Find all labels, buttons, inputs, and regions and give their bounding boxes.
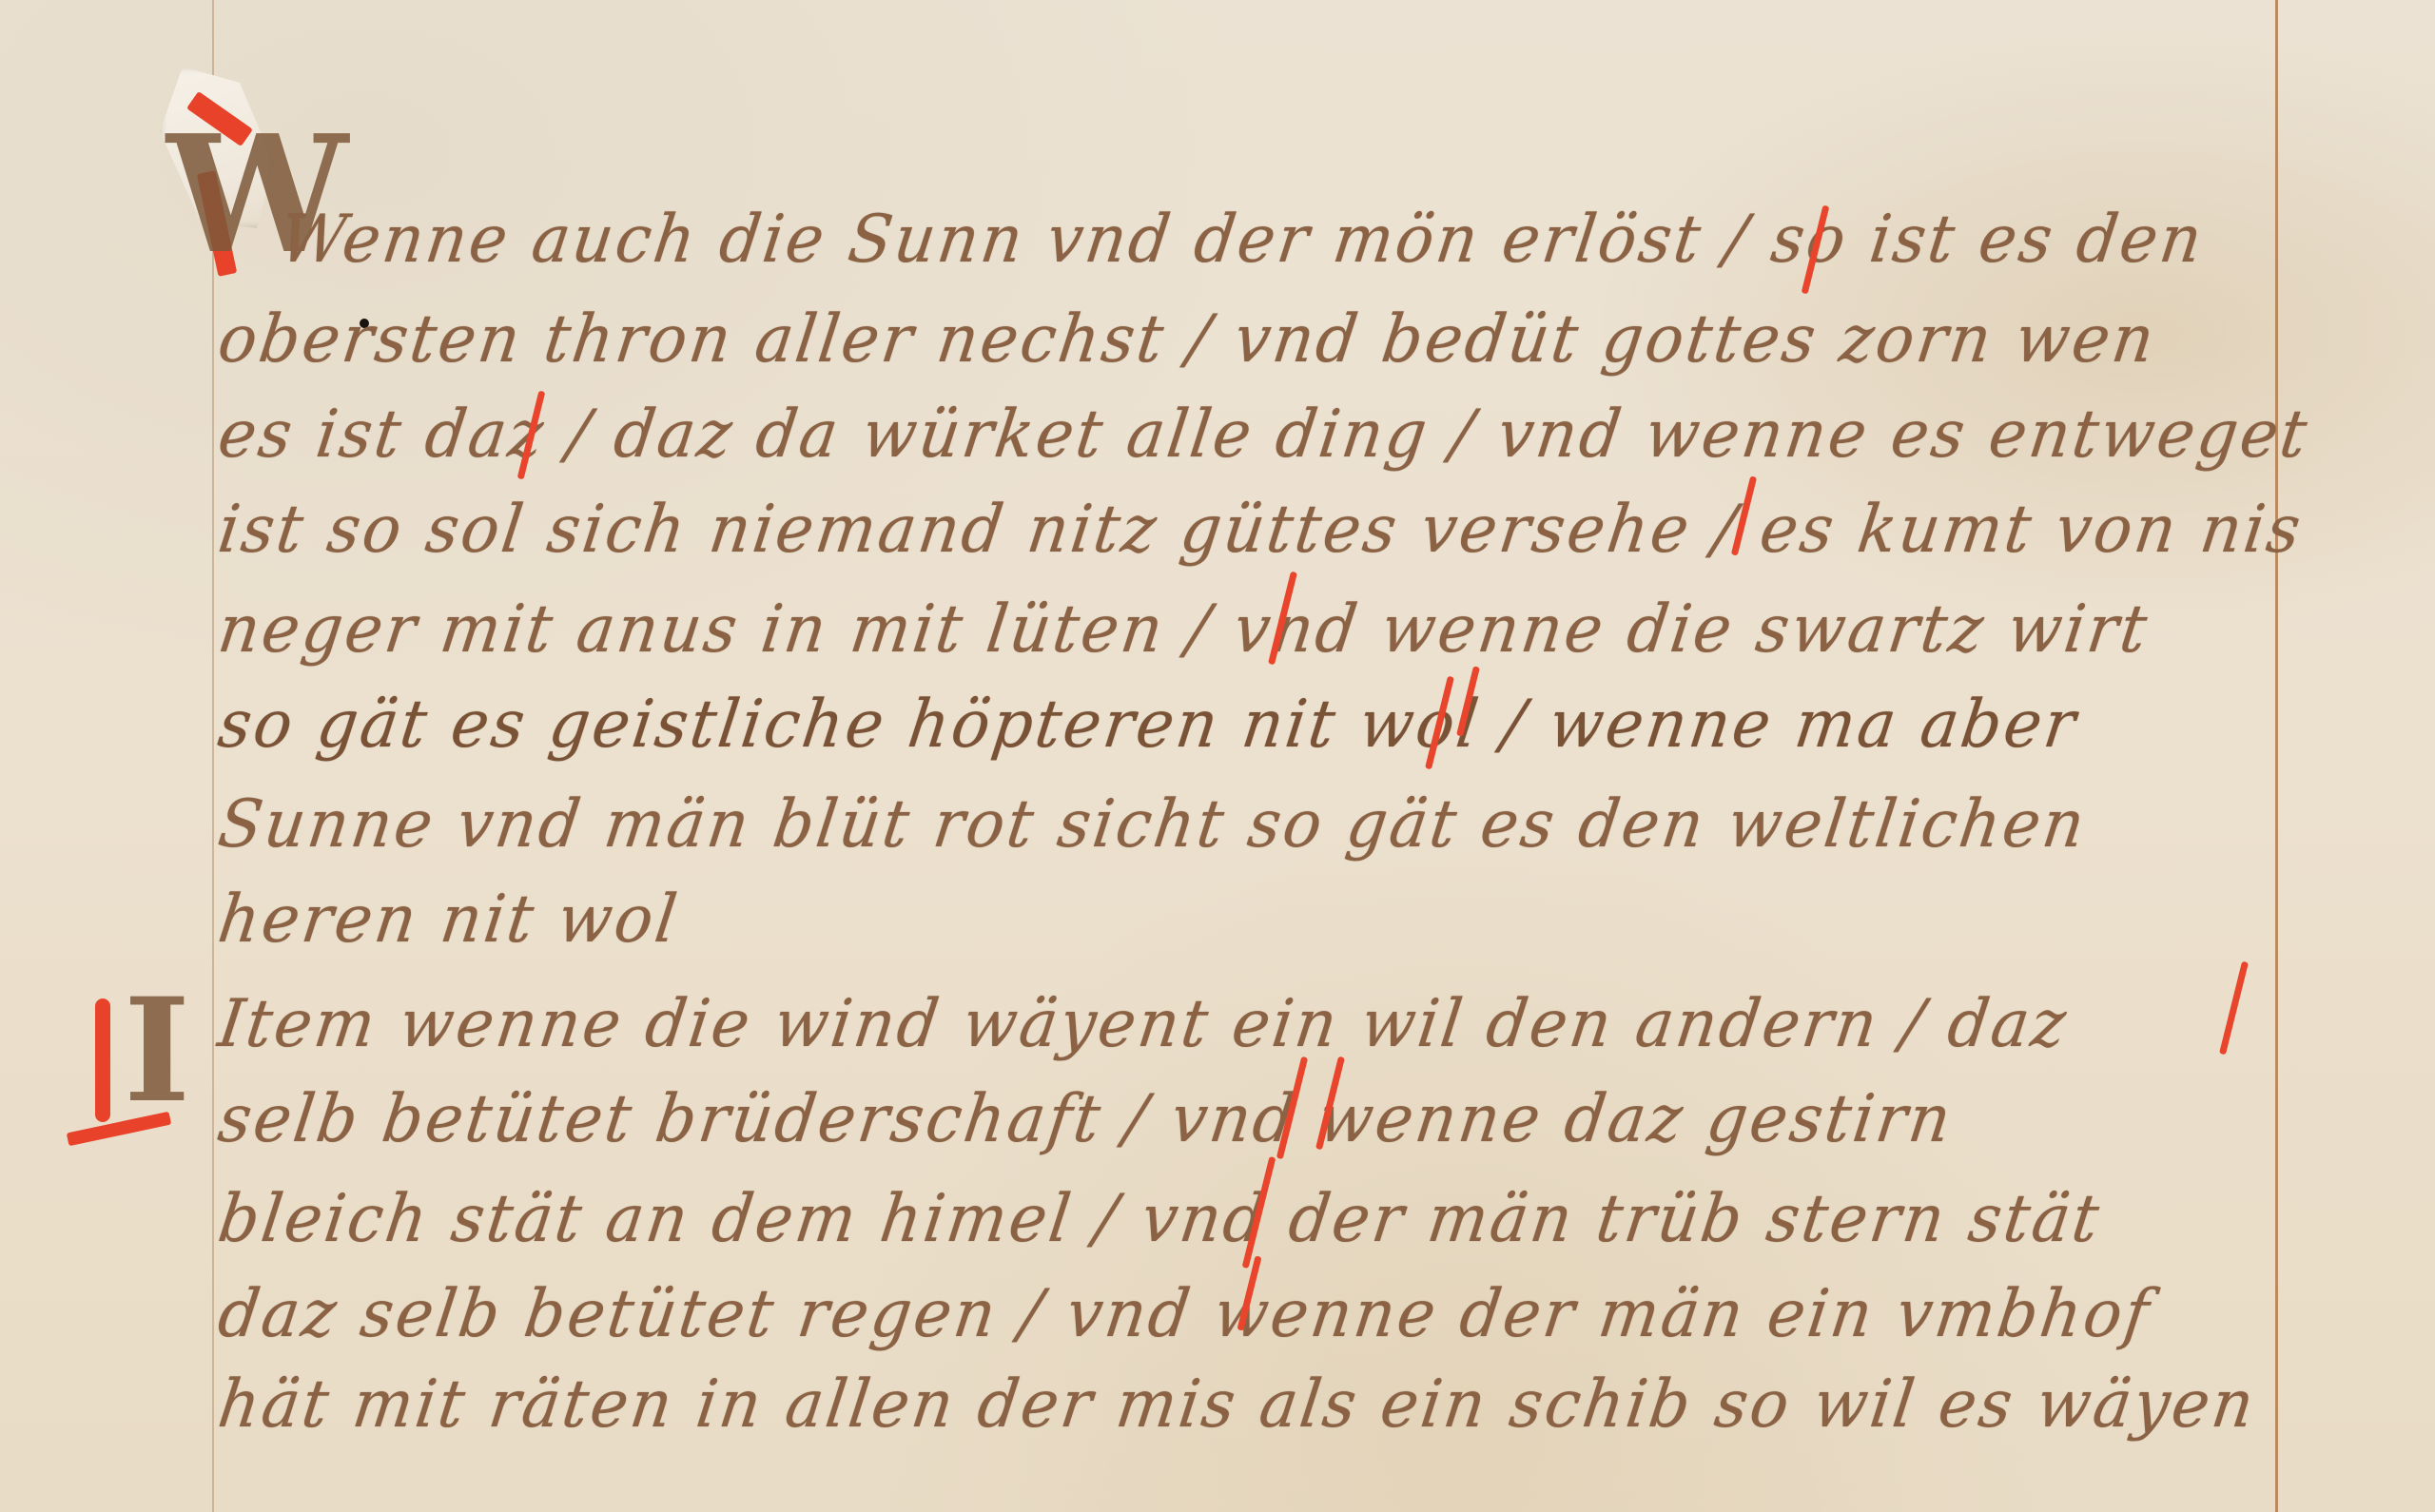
rubric-stroke xyxy=(95,998,110,1122)
text-line: Item wenne die wind wäyent ein wil den a… xyxy=(214,985,2073,1062)
manuscript-page: W Wenne auch die Sunn vnd der mön erlöst… xyxy=(0,0,2435,1512)
text-line: selb betütet brüderschaft / vnd wenne da… xyxy=(214,1080,1958,1157)
right-ruling-line xyxy=(2275,0,2278,1512)
text-line: hät mit räten in allen der mis als ein s… xyxy=(214,1366,2261,1443)
text-line: heren nit wol xyxy=(214,881,684,958)
text-line: neger mit anus in mit lüten / vnd wenne … xyxy=(214,591,2154,668)
initial-w: W xyxy=(162,76,266,285)
text-line: bleich stät an dem himel / vnd der män t… xyxy=(214,1180,2106,1257)
text-line: Sunne vnd män blüt rot sicht so gät es d… xyxy=(214,785,2092,863)
text-line: daz selb betütet regen / vnd wenne der m… xyxy=(214,1275,2156,1352)
text-line: so gät es geistliche höpteren nit wol / … xyxy=(214,686,2082,763)
initial-letter: I xyxy=(124,979,190,1122)
rubric-mark xyxy=(2219,961,2249,1056)
text-line: Wenne auch die Sunn vnd der mön erlöst /… xyxy=(276,201,2209,278)
text-line: ist so sol sich niemand nitz güttes vers… xyxy=(214,491,2308,568)
text-line: obersten thron aller nechst / vnd bedüt … xyxy=(214,300,2161,378)
initial-i: I xyxy=(38,989,209,1160)
